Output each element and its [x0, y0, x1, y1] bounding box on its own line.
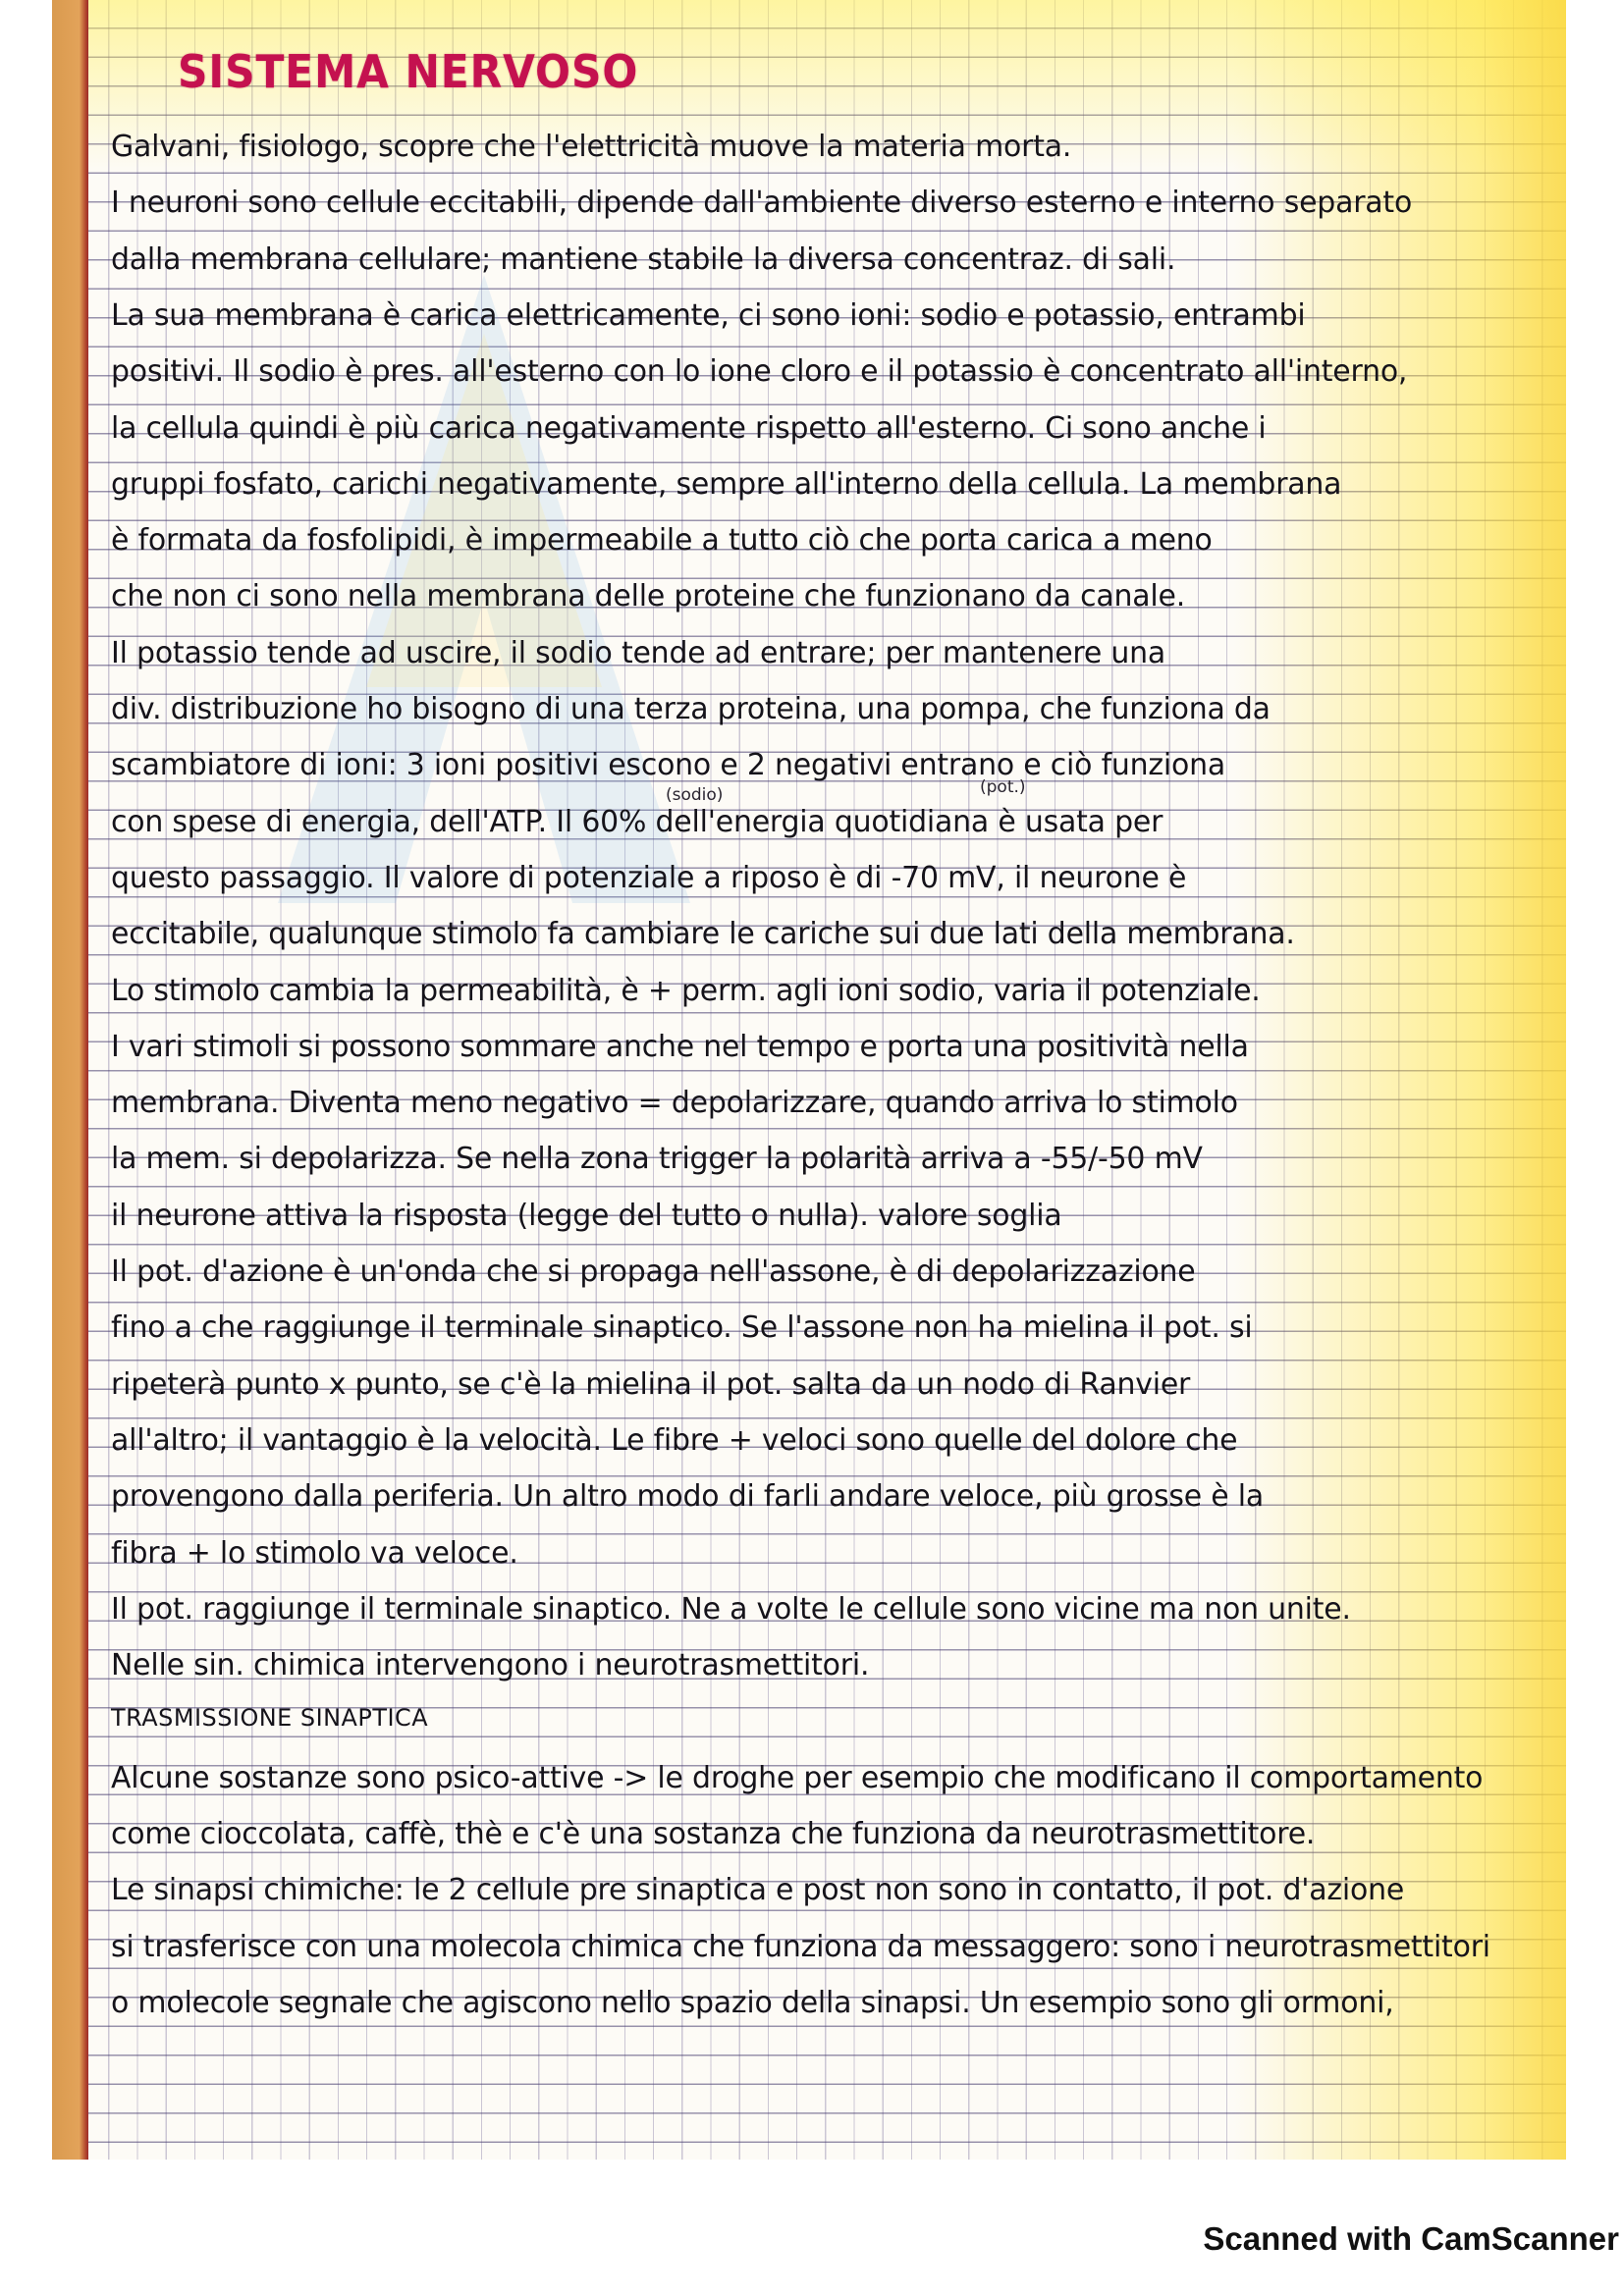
handwritten-text: Galvani, fisiologo, scopre che l'elettri… [52, 0, 1566, 2160]
text-line: TRASMISSIONE SINAPTICA [111, 1704, 1535, 1732]
text-line: provengono dalla periferia. Un altro mod… [111, 1479, 1535, 1514]
text-line: o molecole segnale che agiscono nello sp… [111, 1986, 1535, 2020]
text-line: dalla membrana cellulare; mantiene stabi… [111, 242, 1535, 277]
text-line: come cioccolata, caffè, thè e c'è una so… [111, 1817, 1535, 1851]
text-line: che non ci sono nella membrana delle pro… [111, 579, 1535, 614]
text-line: Il pot. raggiunge il terminale sinaptico… [111, 1592, 1535, 1627]
text-line: La sua membrana è carica elettricamente,… [111, 298, 1535, 333]
text-line: questo passaggio. Il valore di potenzial… [111, 861, 1535, 895]
text-line: la cellula quindi è più carica negativam… [111, 411, 1535, 446]
text-line: scambiatore di ioni: 3 ioni positivi esc… [111, 748, 1535, 782]
annotation-pot: (pot.) [980, 777, 1026, 797]
text-line: Lo stimolo cambia la permeabilità, è + p… [111, 974, 1535, 1008]
text-line: I vari stimoli si possono sommare anche … [111, 1030, 1535, 1064]
text-line: eccitabile, qualunque stimolo fa cambiar… [111, 917, 1535, 951]
text-line: I neuroni sono cellule eccitabili, dipen… [111, 186, 1535, 220]
text-line: Nelle sin. chimica intervengono i neurot… [111, 1648, 1535, 1682]
text-line: Alcune sostanze sono psico-attive -> le … [111, 1761, 1535, 1795]
camscanner-label: Scanned with CamScanner [1203, 2220, 1619, 2258]
text-line: div. distribuzione ho bisogno di una ter… [111, 692, 1535, 726]
text-line: membrana. Diventa meno negativo = depola… [111, 1086, 1535, 1120]
text-line: Il potassio tende ad uscire, il sodio te… [111, 636, 1535, 670]
notebook-page: SISTEMA NERVOSO Galvani, fisiologo, scop… [52, 0, 1566, 2160]
text-line: all'altro; il vantaggio è la velocità. L… [111, 1423, 1535, 1458]
text-line: Galvani, fisiologo, scopre che l'elettri… [111, 130, 1535, 164]
text-line: ripeterà punto x punto, se c'è la mielin… [111, 1367, 1535, 1402]
text-line: positivi. Il sodio è pres. all'esterno c… [111, 354, 1535, 389]
text-line: la mem. si depolarizza. Se nella zona tr… [111, 1142, 1535, 1176]
text-line: fibra + lo stimolo va veloce. [111, 1536, 1535, 1571]
text-line: fino a che raggiunge il terminale sinapt… [111, 1310, 1535, 1345]
text-line: il neurone attiva la risposta (legge del… [111, 1199, 1535, 1233]
text-line: Le sinapsi chimiche: le 2 cellule pre si… [111, 1873, 1535, 1907]
text-line: si trasferisce con una molecola chimica … [111, 1930, 1535, 1964]
text-line: con spese di energia, dell'ATP. Il 60% d… [111, 805, 1535, 839]
text-line: è formata da fosfolipidi, è impermeabile… [111, 523, 1535, 558]
text-line: gruppi fosfato, carichi negativamente, s… [111, 467, 1535, 502]
text-line: Il pot. d'azione è un'onda che si propag… [111, 1255, 1535, 1289]
annotation-sodio: (sodio) [666, 785, 723, 805]
